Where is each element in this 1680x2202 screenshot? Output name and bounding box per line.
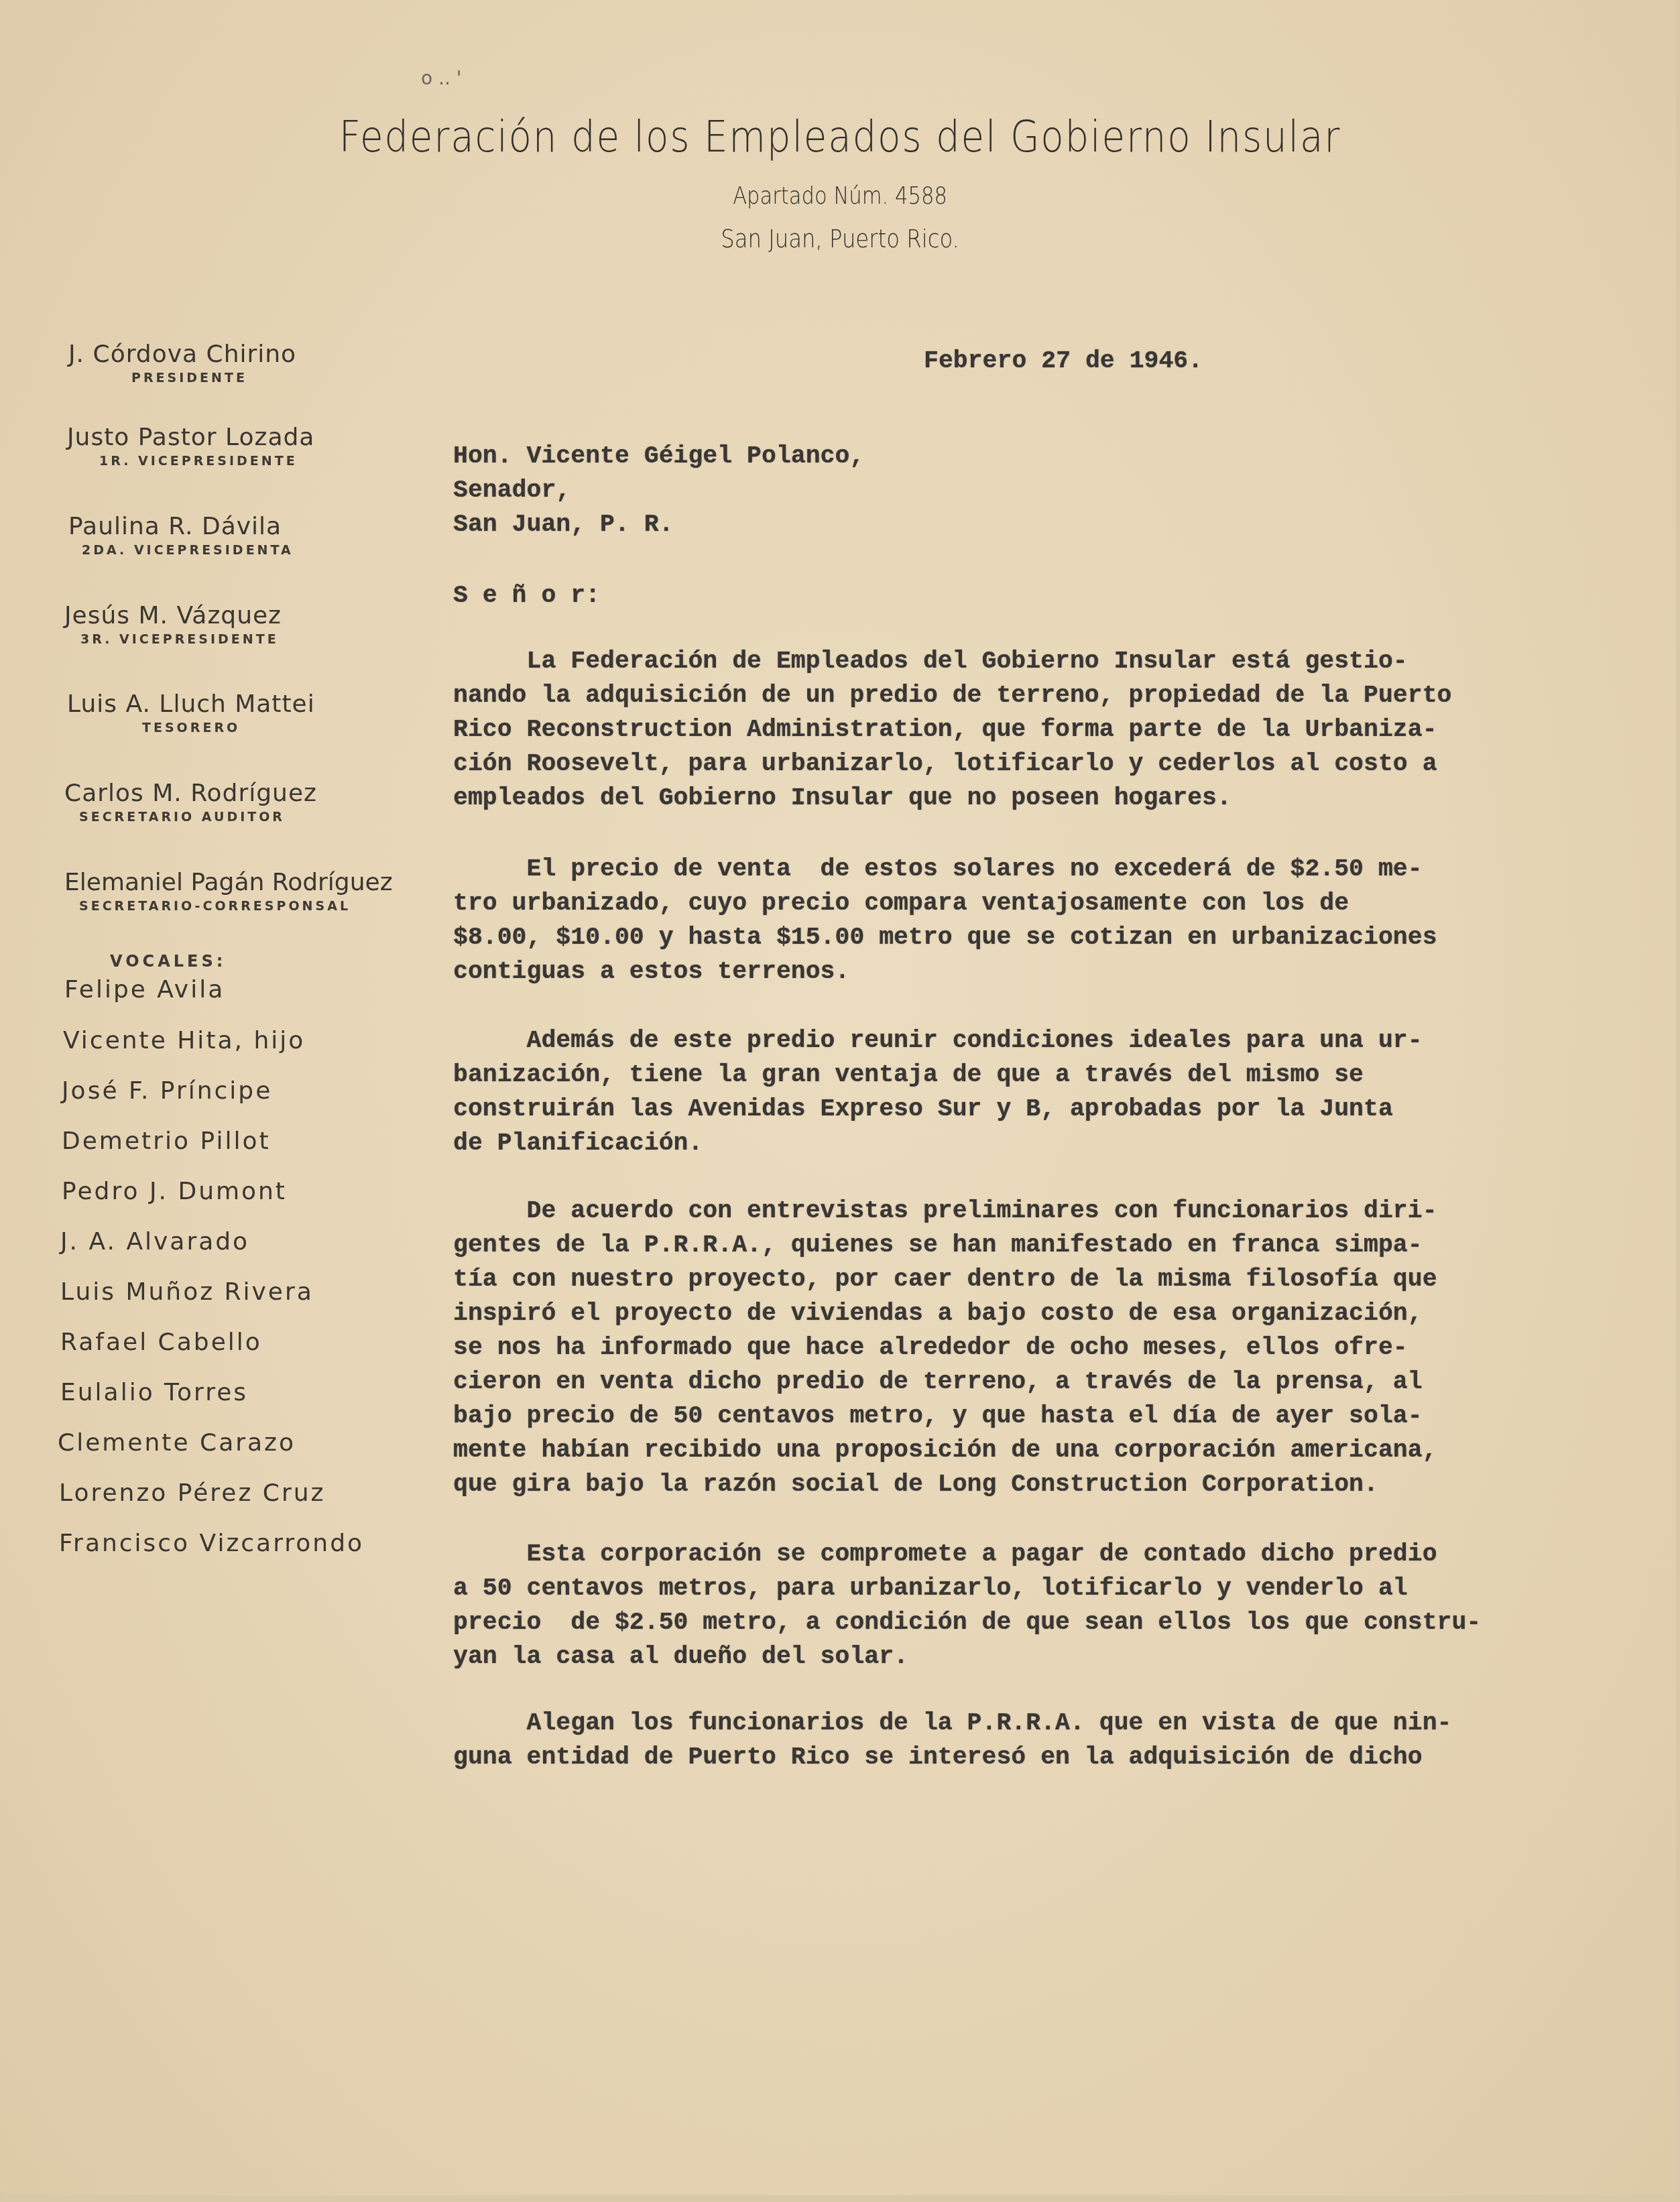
- text-line: mente habían recibido una proposición de…: [453, 1436, 1437, 1464]
- salutation: S e ñ o r:: [453, 582, 600, 609]
- text-line: Rico Reconstruction Administration, que …: [453, 716, 1437, 743]
- recipient-line: Senador,: [453, 477, 571, 504]
- recipient-line: San Juan, P. R.: [453, 511, 674, 538]
- officer-entry: Justo Pastor Lozada 1R. VICEPRESIDENTE: [40, 424, 416, 469]
- vocal-name: Luis Muñoz Rivera: [60, 1278, 314, 1306]
- officer-entry: Jesús M. Vázquez 3R. VICEPRESIDENTE: [40, 602, 416, 647]
- paragraph: Además de este predio reunir condiciones…: [453, 1027, 1593, 1168]
- officer-role: 2DA. VICEPRESIDENTA: [40, 543, 416, 558]
- officer-role: SECRETARIO AUDITOR: [40, 810, 416, 824]
- vocal-name: Lorenzo Pérez Cruz: [59, 1479, 326, 1507]
- text-line: precio de $2.50 metro, a condición de qu…: [453, 1609, 1481, 1636]
- officer-entry: Carlos M. Rodríguez SECRETARIO AUDITOR: [40, 780, 416, 824]
- text-line: bajo precio de 50 centavos metro, y que …: [453, 1402, 1423, 1430]
- vocal-name: Rafael Cabello: [60, 1329, 262, 1356]
- officer-role: 1R. VICEPRESIDENTE: [40, 454, 416, 469]
- text-line: La Federación de Empleados del Gobierno …: [453, 648, 1408, 675]
- text-line: Alegan los funcionarios de la P.R.R.A. q…: [453, 1709, 1451, 1737]
- organization-city: San Juan, Puerto Rico.: [126, 224, 1554, 253]
- po-box: Apartado Núm. 4588: [126, 182, 1554, 210]
- letter-date: Febrero 27 de 1946.: [924, 347, 1203, 375]
- text-line: guna entidad de Puerto Rico se interesó …: [453, 1744, 1423, 1771]
- vocal-name: J. A. Alvarado: [60, 1228, 249, 1256]
- text-line: nando la adquisición de un predio de ter…: [453, 682, 1451, 709]
- text-line: banización, tiene la gran ventaja de que…: [453, 1061, 1364, 1089]
- paragraph: De acuerdo con entrevistas preliminares …: [453, 1197, 1593, 1506]
- paragraph: El precio de venta de estos solares no e…: [453, 855, 1593, 996]
- officer-name: Jesús M. Vázquez: [40, 602, 416, 629]
- officer-entry: Luis A. Lluch Mattei TESORERO: [40, 690, 416, 735]
- officer-name: Justo Pastor Lozada: [40, 424, 416, 451]
- paragraph: La Federación de Empleados del Gobierno …: [453, 648, 1593, 822]
- vocal-name: José F. Príncipe: [62, 1077, 272, 1105]
- text-line: ción Roosevelt, para urbanizarlo, lotifi…: [453, 750, 1437, 778]
- text-line: tía con nuestro proyecto, por caer dentr…: [453, 1266, 1437, 1293]
- text-line: cieron en venta dicho predio de terreno,…: [453, 1368, 1423, 1396]
- officer-name: J. Córdova Chirino: [40, 341, 416, 368]
- officer-name: Luis A. Lluch Mattei: [40, 690, 416, 718]
- text-line: empleados del Gobierno Insular que no po…: [453, 784, 1232, 812]
- text-line: yan la casa al dueño del solar.: [453, 1643, 908, 1670]
- officer-name: Elemaniel Pagán Rodríguez: [40, 869, 416, 896]
- recipient-block: Hon. Vicente Géigel Polanco, Senador, Sa…: [453, 442, 1593, 550]
- officer-role: PRESIDENTE: [40, 371, 416, 385]
- text-line: construirán las Avenidas Expreso Sur y B…: [453, 1095, 1393, 1123]
- text-line: tro urbanizado, cuyo precio compara vent…: [453, 890, 1349, 917]
- text-line: que gira bajo la razón social de Long Co…: [453, 1471, 1378, 1498]
- text-line: inspiró el proyecto de viviendas a bajo …: [453, 1300, 1423, 1327]
- vocal-name: Clemente Carazo: [58, 1429, 296, 1457]
- vocal-name: Vicente Hita, hijo: [63, 1027, 305, 1054]
- officer-name: Carlos M. Rodríguez: [40, 780, 416, 807]
- text-line: El precio de venta de estos solares no e…: [453, 855, 1423, 883]
- officer-role: SECRETARIO-CORRESPONSAL: [40, 899, 416, 914]
- text-line: se nos ha informado que hace alrededor d…: [453, 1334, 1408, 1361]
- vocal-name: Felipe Avila: [64, 976, 225, 1003]
- text-line: $8.00, $10.00 y hasta $15.00 metro que s…: [453, 924, 1437, 951]
- officer-entry: J. Córdova Chirino PRESIDENTE: [40, 341, 416, 385]
- officer-entry: Paulina R. Dávila 2DA. VICEPRESIDENTA: [40, 513, 416, 558]
- text-line: Esta corporación se compromete a pagar d…: [453, 1540, 1437, 1568]
- punch-marks: o .. ': [421, 67, 461, 89]
- vocal-name: Francisco Vizcarrondo: [59, 1530, 364, 1557]
- text-line: de Planificación.: [453, 1129, 703, 1157]
- vocal-name: Demetrio Pillot: [62, 1127, 271, 1155]
- paragraph: Alegan los funcionarios de la P.R.R.A. q…: [453, 1709, 1593, 1783]
- vocal-name: Eulalio Torres: [60, 1379, 248, 1406]
- organization-title: Federación de los Empleados del Gobierno…: [101, 113, 1579, 162]
- vocal-name: Pedro J. Dumont: [62, 1178, 287, 1205]
- text-line: contiguas a estos terrenos.: [453, 958, 849, 985]
- paragraph: Esta corporación se compromete a pagar d…: [453, 1540, 1606, 1681]
- text-line: a 50 centavos metros, para urbanizarlo, …: [453, 1575, 1408, 1602]
- text-line: gentes de la P.R.R.A., quienes se han ma…: [453, 1231, 1423, 1259]
- text-line: Además de este predio reunir condiciones…: [453, 1027, 1423, 1054]
- recipient-line: Hon. Vicente Géigel Polanco,: [453, 442, 864, 470]
- vocales-label: VOCALES:: [110, 952, 226, 971]
- officer-role: TESORERO: [40, 721, 416, 735]
- officer-entry: Elemaniel Pagán Rodríguez SECRETARIO-COR…: [40, 869, 416, 914]
- officer-name: Paulina R. Dávila: [40, 513, 416, 540]
- officer-role: 3R. VICEPRESIDENTE: [40, 632, 416, 647]
- text-line: De acuerdo con entrevistas preliminares …: [453, 1197, 1437, 1225]
